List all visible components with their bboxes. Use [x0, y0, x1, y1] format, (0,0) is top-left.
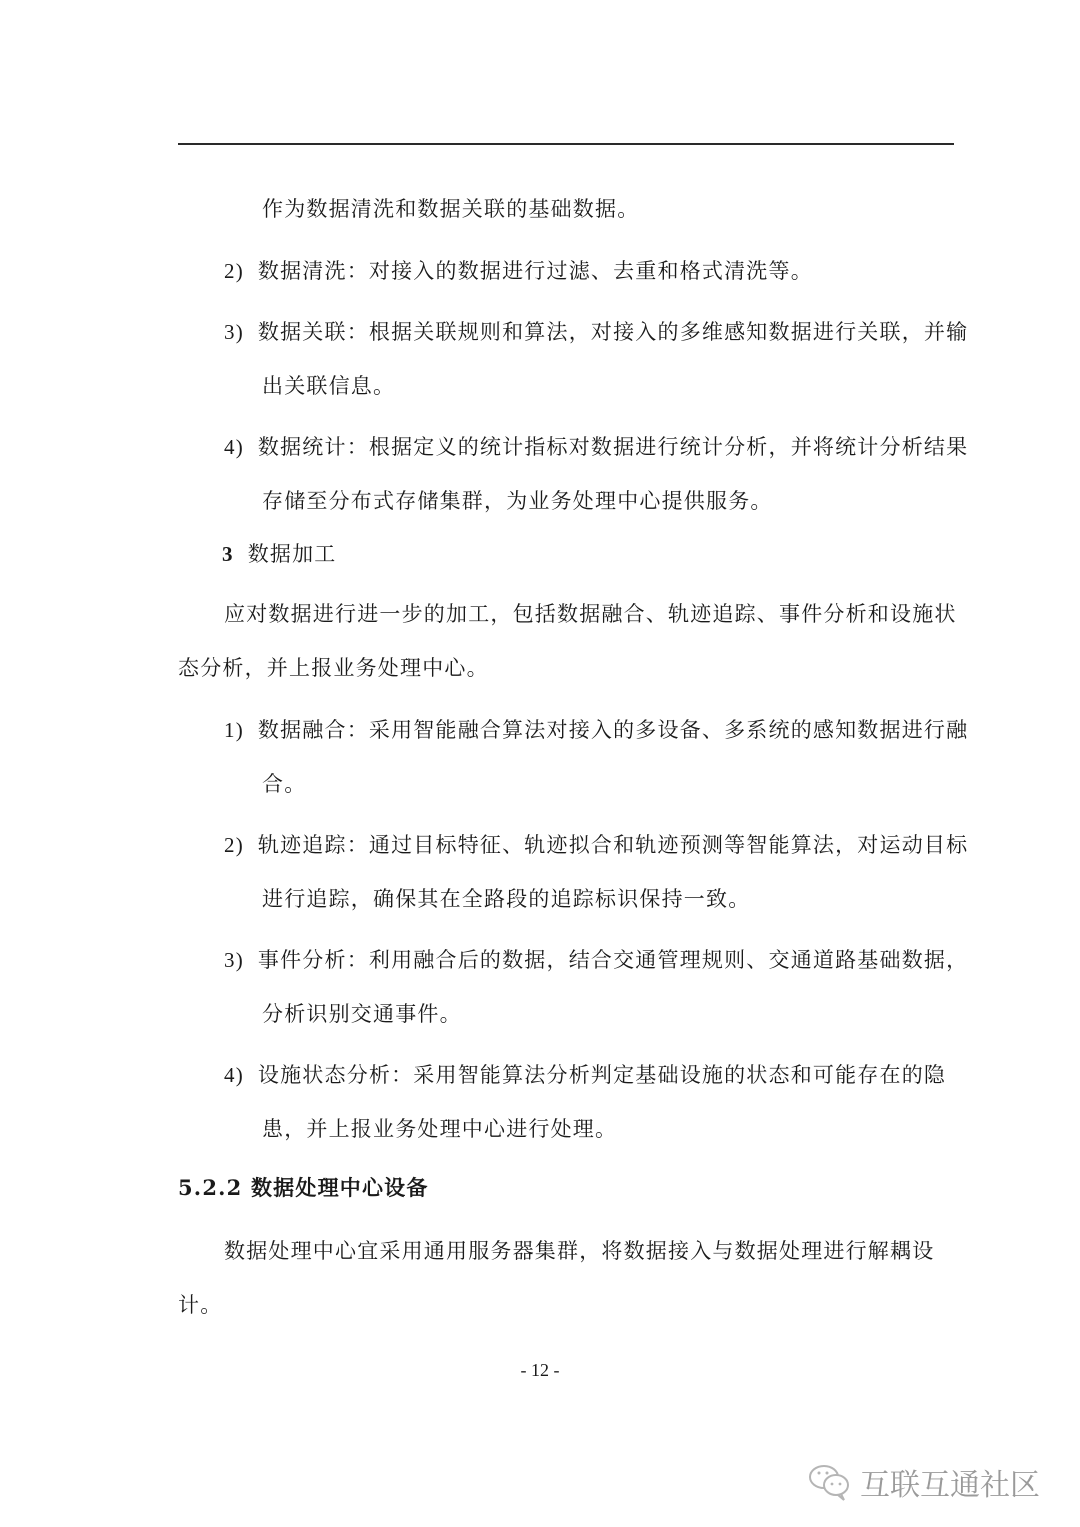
text-line: 态分析，并上报业务处理中心。 — [178, 654, 489, 682]
list-number: 3) — [224, 948, 244, 972]
text-line: 1)数据融合：采用智能融合算法对接入的多设备、多系统的感知数据进行融 — [224, 716, 968, 744]
text-line: 2)数据清洗：对接入的数据进行过滤、去重和格式清洗等。 — [224, 257, 813, 285]
list-number: 1) — [224, 718, 244, 742]
line-text: 数据清洗：对接入的数据进行过滤、去重和格式清洗等。 — [258, 259, 813, 283]
text-line: 存储至分布式存储集群，为业务处理中心提供服务。 — [262, 487, 773, 515]
text-line: 出关联信息。 — [262, 372, 395, 400]
line-text: 存储至分布式存储集群，为业务处理中心提供服务。 — [262, 489, 773, 513]
text-line: 数据处理中心宜采用通用服务器集群，将数据接入与数据处理进行解耦设 — [224, 1237, 934, 1265]
line-text: 数据处理中心宜采用通用服务器集群，将数据接入与数据处理进行解耦设 — [224, 1239, 934, 1263]
line-text: 5.2.2 数据处理中心设备 — [178, 1175, 429, 1200]
text-line: 患，并上报业务处理中心进行处理。 — [262, 1115, 617, 1143]
watermark: 互联互通社区 — [808, 1460, 1040, 1504]
page-number: - 12 - — [0, 1360, 1080, 1381]
line-text: 分析识别交通事件。 — [262, 1002, 462, 1026]
text-line: 计。 — [178, 1291, 222, 1319]
watermark-text: 互联互通社区 — [860, 1460, 1040, 1504]
text-line: 3数据加工 — [222, 540, 337, 568]
text-line: 作为数据清洗和数据关联的基础数据。 — [262, 195, 639, 223]
text-line: 4)数据统计：根据定义的统计指标对数据进行统计分析，并将统计分析结果 — [224, 433, 968, 461]
text-line: 4)设施状态分析：采用智能算法分析判定基础设施的状态和可能存在的隐 — [224, 1061, 946, 1089]
list-number: 4) — [224, 435, 244, 459]
header-rule — [178, 143, 954, 145]
line-text: 轨迹追踪：通过目标特征、轨迹拟合和轨迹预测等智能算法，对运动目标 — [258, 833, 968, 857]
list-number: 2) — [224, 833, 244, 857]
text-line: 分析识别交通事件。 — [262, 1000, 462, 1028]
list-number: 4) — [224, 1063, 244, 1087]
text-line: 2)轨迹追踪：通过目标特征、轨迹拟合和轨迹预测等智能算法，对运动目标 — [224, 831, 968, 859]
line-text: 合。 — [262, 772, 306, 796]
line-text: 设施状态分析：采用智能算法分析判定基础设施的状态和可能存在的隐 — [258, 1063, 946, 1087]
text-line: 3)事件分析：利用融合后的数据，结合交通管理规则、交通道路基础数据， — [224, 946, 968, 974]
text-line: 合。 — [262, 770, 306, 798]
text-line: 进行追踪，确保其在全路段的追踪标识保持一致。 — [262, 885, 750, 913]
line-text: 作为数据清洗和数据关联的基础数据。 — [262, 197, 639, 221]
line-text: 应对数据进行进一步的加工，包括数据融合、轨迹追踪、事件分析和设施状 — [224, 602, 957, 626]
text-line: 3)数据关联：根据关联规则和算法，对接入的多维感知数据进行关联，并输 — [224, 318, 968, 346]
line-text: 患，并上报业务处理中心进行处理。 — [262, 1117, 617, 1141]
list-number: 3) — [224, 320, 244, 344]
section-heading: 5.2.2 数据处理中心设备 — [178, 1174, 429, 1202]
line-text: 数据融合：采用智能融合算法对接入的多设备、多系统的感知数据进行融 — [258, 718, 968, 742]
line-text: 事件分析：利用融合后的数据，结合交通管理规则、交通道路基础数据， — [258, 948, 968, 972]
wechat-icon — [808, 1462, 852, 1502]
line-text: 进行追踪，确保其在全路段的追踪标识保持一致。 — [262, 887, 750, 911]
list-number: 3 — [222, 542, 234, 566]
line-text: 数据统计：根据定义的统计指标对数据进行统计分析，并将统计分析结果 — [258, 435, 968, 459]
text-line: 应对数据进行进一步的加工，包括数据融合、轨迹追踪、事件分析和设施状 — [224, 600, 957, 628]
line-text: 出关联信息。 — [262, 374, 395, 398]
list-number: 2) — [224, 259, 244, 283]
line-text: 数据关联：根据关联规则和算法，对接入的多维感知数据进行关联，并输 — [258, 320, 968, 344]
line-text: 数据加工 — [248, 542, 337, 566]
line-text: 态分析，并上报业务处理中心。 — [178, 656, 489, 680]
line-text: 计。 — [178, 1293, 222, 1317]
